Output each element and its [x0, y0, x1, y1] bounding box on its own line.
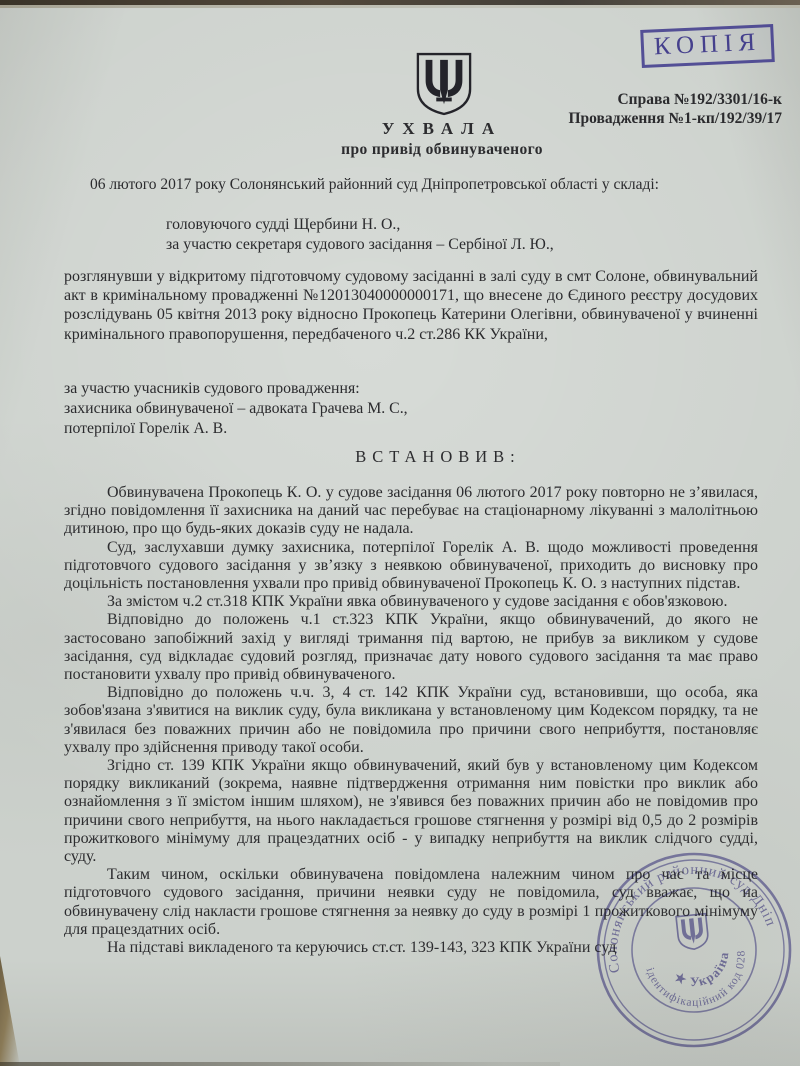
body-paragraph: Таким чином, оскільки обвинувачена повід… — [64, 866, 758, 939]
case-description-paragraph: розглянувши у відкритому підготовчому су… — [64, 267, 758, 344]
judge-line: головуючого судді Щербини Н. О., — [166, 215, 554, 235]
case-number: Справа №192/3301/16-к — [568, 90, 782, 109]
body-paragraphs: Обвинувачена Прокопець К. О. у судове за… — [64, 484, 758, 957]
body-paragraph: Обвинувачена Прокопець К. О. у судове за… — [64, 484, 758, 539]
coat-of-arms-ukraine-icon — [415, 52, 473, 116]
scan-top-edge-shadow — [0, 5, 800, 8]
scan-bottom-left-corner — [0, 956, 20, 1066]
court-composition: головуючого судді Щербини Н. О., за учас… — [166, 215, 554, 254]
body-paragraph: Згідно ст. 139 КПК України якщо обвинува… — [64, 757, 758, 866]
participants-block: за участю учасників судового провадження… — [64, 379, 408, 439]
victim-line: потерпілої Горелік А. В. — [64, 419, 408, 439]
defender-line: захисника обвинуваченої – адвоката Граче… — [64, 399, 408, 419]
body-paragraph: Відповідно до положень ч.1 ст.323 КПК Ук… — [64, 611, 758, 684]
scanned-court-ruling-page: КОПІЯ Справа №192/3301/16-к Провадження … — [0, 0, 800, 1066]
page-title: УХВАЛА — [42, 119, 800, 139]
participants-line: за участю учасників судового провадження… — [64, 379, 408, 399]
copy-stamp: КОПІЯ — [640, 24, 775, 68]
established-heading: ВСТАНОВИВ: — [38, 447, 800, 467]
page-subtitle: про привід обвинуваченого — [42, 141, 800, 159]
scan-bottom-edge — [0, 1062, 560, 1066]
secretary-line: за участю секретаря судового засідання –… — [166, 235, 554, 255]
body-paragraph: На підставі викладеного та керуючись ст.… — [64, 939, 758, 957]
copy-stamp-label: КОПІЯ — [653, 29, 761, 61]
court-date-line: 06 лютого 2017 року Солонянський районни… — [90, 176, 659, 194]
body-paragraph: За змістом ч.2 ст.318 КПК України явка о… — [64, 593, 758, 611]
title-block: УХВАЛА про привід обвинуваченого — [42, 119, 800, 159]
body-paragraph: Суд, заслухавши думку захисника, потерпі… — [64, 539, 758, 594]
body-paragraph: Відповідно до положень ч.ч. 3, 4 ст. 142… — [64, 684, 758, 757]
